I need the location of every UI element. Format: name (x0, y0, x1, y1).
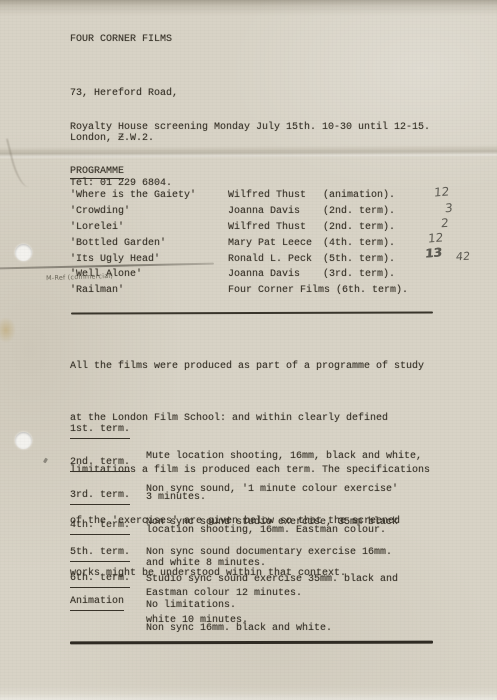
pencil-count-annotation: 12 (428, 230, 444, 245)
term-label: 3rd. term. (70, 489, 130, 505)
film-title: 'Where is the Gaiety' (70, 188, 196, 203)
term-label: 1st. term. (70, 423, 130, 439)
term-label: 6th. term. (70, 572, 130, 588)
film-row: 'Lorelei' Wilfred Thust (2nd. term). (70, 220, 470, 235)
pencil-count-annotation: 3 (445, 201, 453, 216)
pencil-count-annotation: 13 (425, 245, 443, 260)
film-term: (4th. term). (323, 236, 395, 251)
film-row: 'Railman' Four Corner Films (6th. term). (70, 283, 470, 298)
term-label: Animation (70, 595, 124, 611)
film-term: (2nd. term). (323, 220, 395, 235)
pencil-count-annotation: 12 (434, 184, 450, 199)
film-title: 'Railman' (70, 283, 124, 298)
film-maker: Four Corner Films (6th. term). (228, 283, 408, 298)
film-row: 'Where is the Gaiety' Wilfred Thust (ani… (70, 188, 470, 203)
scanned-document-page: FOUR CORNER FILMS 73, Hereford Road, Lon… (0, 0, 497, 700)
pencil-total-annotation: 42 (455, 250, 470, 264)
paper-speck (43, 458, 48, 464)
film-title: 'Crowding' (70, 204, 130, 219)
film-maker: Wilfred Thust (228, 188, 306, 203)
punch-hole-top (15, 244, 32, 261)
film-title: 'Bottled Garden' (70, 236, 166, 251)
film-title: 'Lorelei' (70, 220, 124, 235)
programme-heading-text: PROGRAMME (70, 166, 124, 179)
film-row: 'Bottled Garden' Mary Pat Leece (4th. te… (70, 236, 470, 251)
film-term: (animation). (323, 188, 395, 203)
film-term: (5th. term). (323, 252, 395, 267)
film-row: 'Crowding' Joanna Davis (2nd. term). (70, 204, 470, 219)
term-label: 2nd. term. (70, 456, 130, 472)
pencil-scratch-mark (6, 135, 36, 190)
term-label: 5th. term. (70, 546, 130, 562)
screening-notice: Royalty House screening Monday July 15th… (70, 120, 430, 135)
punch-hole-bottom (15, 432, 32, 449)
film-maker: Wilfred Thust (228, 220, 306, 235)
film-row: 'Well Alone' Joanna Davis (3rd. term). (70, 267, 470, 282)
film-maker: Mary Pat Leece (228, 236, 312, 251)
term-description: Non sync 16mm. black and white. (146, 595, 332, 663)
pencil-count-annotation: 2 (441, 216, 449, 231)
paper-stain (0, 312, 20, 348)
film-maker: Joanna Davis (228, 204, 300, 219)
term-label: 4th. term. (70, 519, 130, 535)
film-term: (3rd. term). (323, 267, 395, 282)
film-term: (2nd. term). (323, 204, 395, 219)
sender-address-line1: 73, Hereford Road, (70, 86, 178, 101)
programme-heading: PROGRAMME (70, 164, 124, 179)
sender-name: FOUR CORNER FILMS (70, 32, 172, 47)
term-description-line: Non sync 16mm. black and white. (146, 622, 332, 636)
about-line: All the films were produced as part of a… (70, 358, 430, 375)
film-maker: Ronald L. Peck (228, 252, 312, 267)
section-divider-rule (71, 312, 433, 315)
film-maker: Joanna Davis (228, 267, 300, 282)
